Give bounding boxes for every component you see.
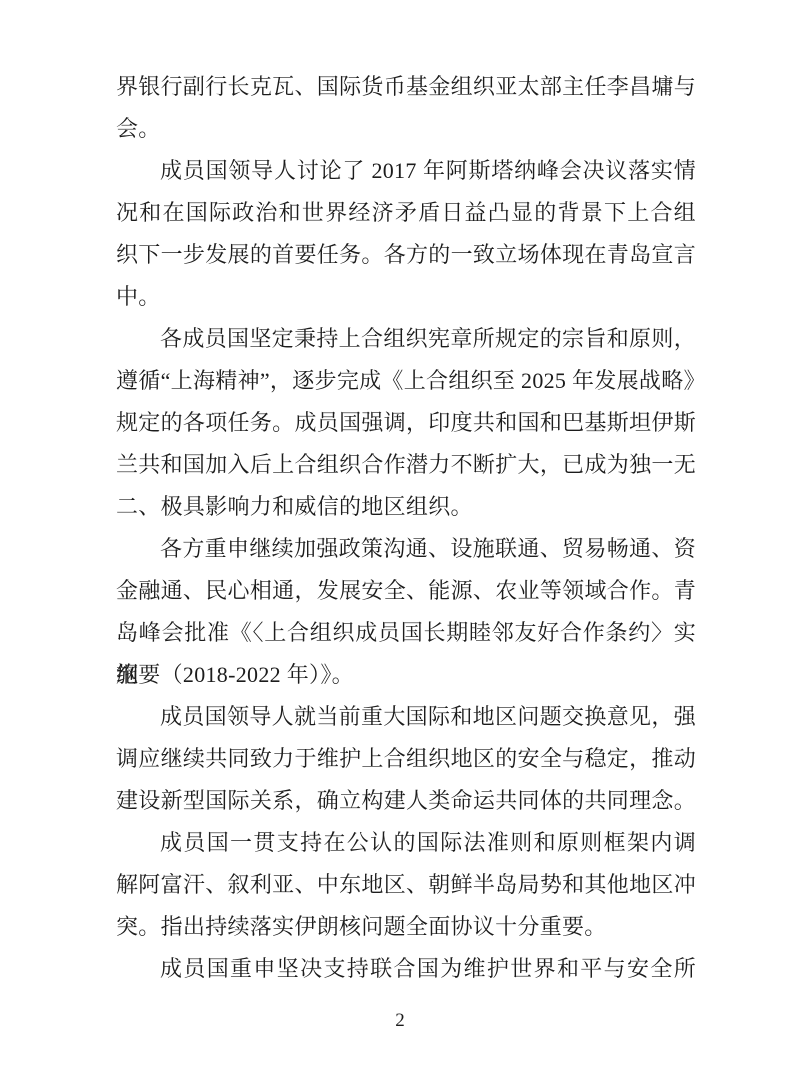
text-line: 解阿富汗、叙利亚、中东地区、朝鲜半岛局势和其他地区冲 <box>116 864 696 906</box>
text-line: 成员国领导人讨论了 2017 年阿斯塔纳峰会决议落实情 <box>116 150 696 192</box>
text-line: 各成员国坚定秉持上合组织宪章所规定的宗旨和原则， <box>116 318 696 360</box>
text-line: 二、极具影响力和威信的地区组织。 <box>116 486 696 528</box>
text-line: 兰共和国加入后上合组织合作潜力不断扩大，已成为独一无 <box>116 444 696 486</box>
document-body: 界银行副行长克瓦、国际货币基金组织亚太部主任李昌墉与会。成员国领导人讨论了 20… <box>116 66 696 990</box>
document-page: 界银行副行长克瓦、国际货币基金组织亚太部主任李昌墉与会。成员国领导人讨论了 20… <box>0 0 800 1067</box>
text-line: 岛峰会批准《〈上合组织成员国长期睦邻友好合作条约〉实施 <box>116 612 696 654</box>
text-line: 突。指出持续落实伊朗核问题全面协议十分重要。 <box>116 906 696 948</box>
text-line: 界银行副行长克瓦、国际货币基金组织亚太部主任李昌墉与 <box>116 66 696 108</box>
text-line: 各方重申继续加强政策沟通、设施联通、贸易畅通、资 <box>116 528 696 570</box>
text-line: 建设新型国际关系，确立构建人类命运共同体的共同理念。 <box>116 780 696 822</box>
text-line: 成员国一贯支持在公认的国际法准则和原则框架内调 <box>116 822 696 864</box>
text-line: 会。 <box>116 108 696 150</box>
text-line: 中。 <box>116 276 696 318</box>
text-line: 况和在国际政治和世界经济矛盾日益凸显的背景下上合组 <box>116 192 696 234</box>
text-line: 规定的各项任务。成员国强调，印度共和国和巴基斯坦伊斯 <box>116 402 696 444</box>
text-line: 遵循“上海精神”，逐步完成《上合组织至 2025 年发展战略》 <box>116 360 696 402</box>
text-line: 成员国重申坚决支持联合国为维护世界和平与安全所 <box>116 948 696 990</box>
text-line: 成员国领导人就当前重大国际和地区问题交换意见，强 <box>116 696 696 738</box>
text-line: 金融通、民心相通，发展安全、能源、农业等领域合作。青 <box>116 570 696 612</box>
text-line: 纲要（2018-2022 年）》。 <box>116 654 696 696</box>
text-line: 调应继续共同致力于维护上合组织地区的安全与稳定，推动 <box>116 738 696 780</box>
text-line: 织下一步发展的首要任务。各方的一致立场体现在青岛宣言 <box>116 234 696 276</box>
page-number: 2 <box>0 1008 800 1034</box>
